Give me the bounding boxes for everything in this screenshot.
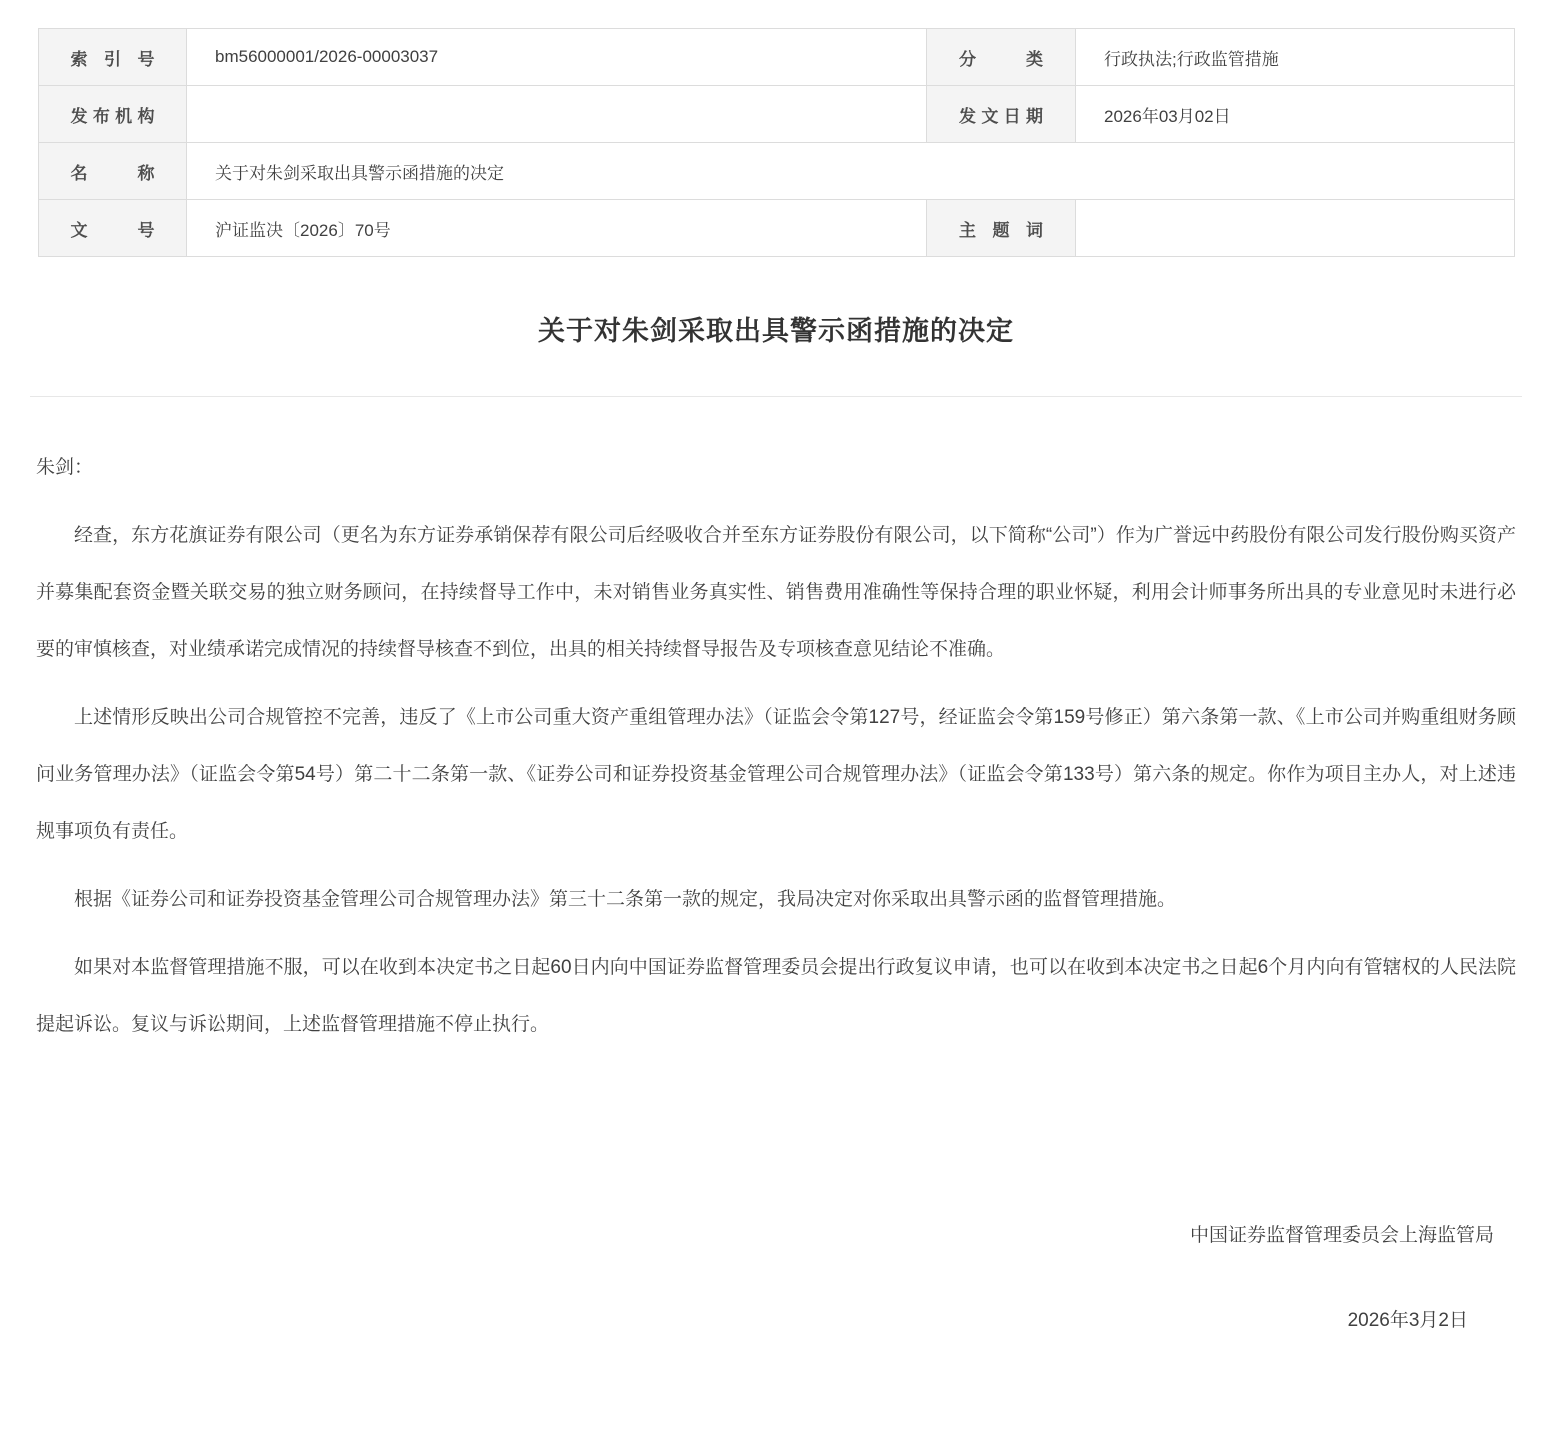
- doc-name-value: 关于对朱剑采取出具警示函措施的决定: [187, 143, 1515, 200]
- meta-row-name: 名称 关于对朱剑采取出具警示函措施的决定: [39, 143, 1515, 200]
- publish-date-label: 发文日期: [927, 86, 1076, 143]
- index-number-label: 索引号: [39, 29, 187, 86]
- salutation: 朱剑：: [36, 439, 1516, 496]
- publisher-value: [187, 86, 927, 143]
- paragraph-findings: 经查，东方花旗证券有限公司（更名为东方证券承销保荐有限公司后经吸收合并至东方证券…: [36, 507, 1516, 678]
- signature-date: 2026年3月2日: [0, 1306, 1552, 1336]
- category-value: 行政执法;行政监管措施: [1076, 29, 1515, 86]
- meta-row-index: 索引号 bm56000001/2026-00003037 分类 行政执法;行政监…: [39, 29, 1515, 86]
- meta-row-docnumber: 文号 沪证监决〔2026〕70号 主题词: [39, 200, 1515, 257]
- category-label: 分类: [927, 29, 1076, 86]
- paragraph-decision: 根据《证券公司和证券投资基金管理公司合规管理办法》第三十二条第一款的规定，我局决…: [36, 871, 1516, 928]
- doc-number-value: 沪证监决〔2026〕70号: [187, 200, 927, 257]
- document-body: 朱剑： 经查，东方花旗证券有限公司（更名为东方证券承销保荐有限公司后经吸收合并至…: [0, 397, 1552, 1053]
- paragraph-violations: 上述情形反映出公司合规管控不完善，违反了《上市公司重大资产重组管理办法》（证监会…: [36, 689, 1516, 860]
- keywords-value: [1076, 200, 1515, 257]
- document-title: 关于对朱剑采取出具警示函措施的决定: [0, 309, 1552, 348]
- signature-agency: 中国证券监督管理委员会上海监管局: [0, 1221, 1552, 1251]
- publisher-label: 发布机构: [39, 86, 187, 143]
- meta-row-publisher: 发布机构 发文日期 2026年03月02日: [39, 86, 1515, 143]
- index-number-value: bm56000001/2026-00003037: [187, 29, 927, 86]
- doc-number-label: 文号: [39, 200, 187, 257]
- keywords-label: 主题词: [927, 200, 1076, 257]
- document-meta-table: 索引号 bm56000001/2026-00003037 分类 行政执法;行政监…: [38, 28, 1515, 257]
- publish-date-value: 2026年03月02日: [1076, 86, 1515, 143]
- signature-block: 中国证券监督管理委员会上海监管局 2026年3月2日: [0, 1221, 1552, 1336]
- doc-name-label: 名称: [39, 143, 187, 200]
- paragraph-appeal-rights: 如果对本监督管理措施不服，可以在收到本决定书之日起60日内向中国证券监督管理委员…: [36, 939, 1516, 1053]
